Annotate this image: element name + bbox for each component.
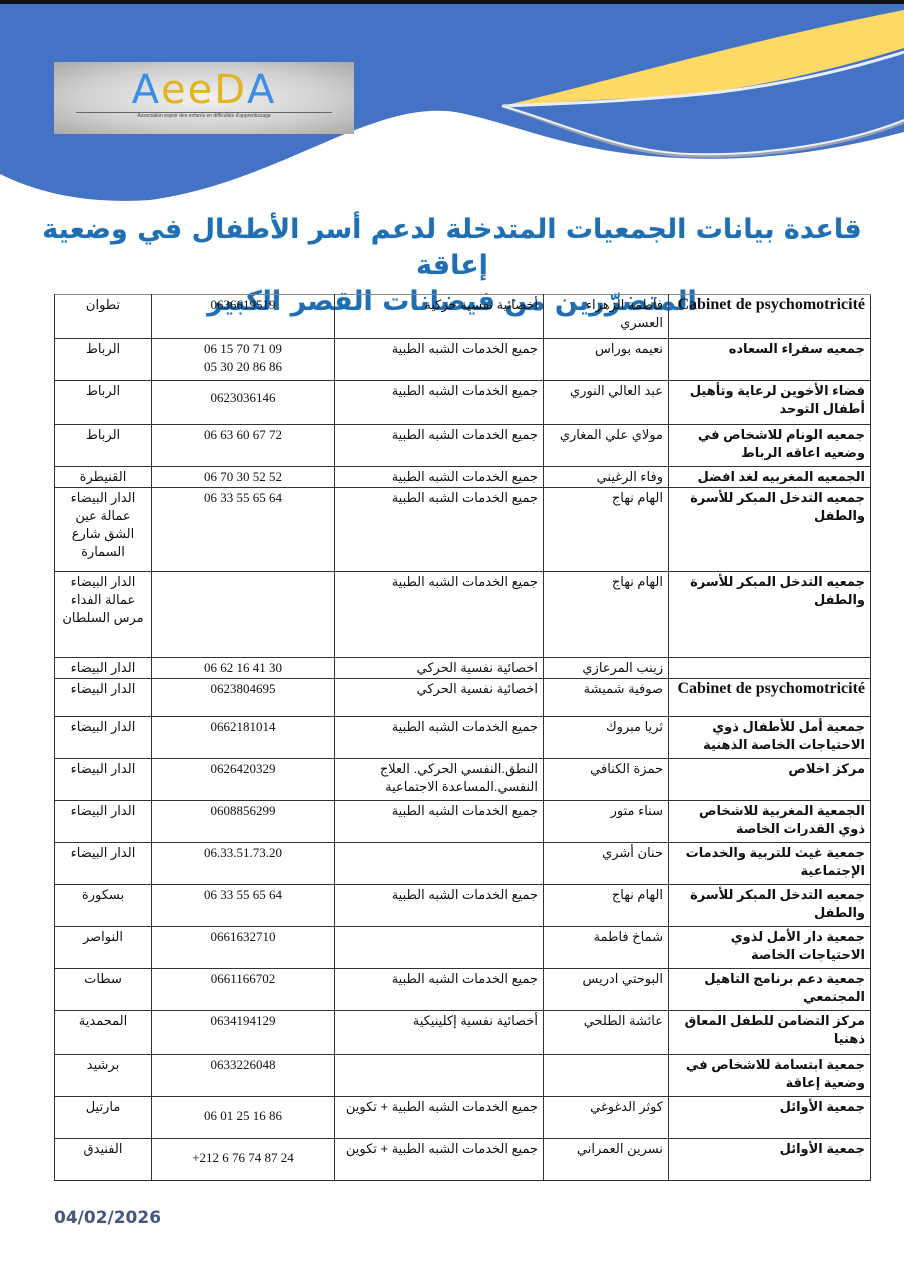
city-cell: الفنيدق	[55, 1139, 152, 1181]
association-name-cell: جمعيه التدخل المبكر للأسرة والطفل	[669, 488, 871, 572]
phone-cell: 06 01 25 16 86	[152, 1097, 335, 1139]
association-name-cell: جمعيه سفراء السعاده	[669, 339, 871, 381]
contact-person-cell: البوحتي ادريس	[544, 969, 669, 1011]
table-row: جمعيه التدخل المبكر للأسرة والطفلالهام ن…	[55, 885, 871, 927]
services-cell: جميع الخدمات الشبه الطبية	[335, 381, 544, 425]
phone-cell: 06.33.51.73.20	[152, 843, 335, 885]
services-cell: النطق.النفسي الحركي. العلاج النفسي.المسا…	[335, 759, 544, 801]
city-cell: النواصر	[55, 927, 152, 969]
association-name-cell: جمعيه الونام للاشخاص في وضعيه اعاقه الرب…	[669, 425, 871, 467]
services-cell: جميع الخدمات الشبه الطبية + تكوين	[335, 1139, 544, 1181]
phone-cell: 06 62 16 41 30	[152, 658, 335, 679]
services-cell: اخصائية نفسية الحركي	[335, 658, 544, 679]
association-name-cell: Cabinet de psychomotricité	[669, 679, 871, 717]
table-row: مركز اخلاصحمزة الكنافيالنطق.النفسي الحرك…	[55, 759, 871, 801]
table-row: الجمعية المغربية للاشخاص ذوي القدرات الخ…	[55, 801, 871, 843]
associations-table: Cabinet de psychomotricitéفاطمة الزهراء …	[54, 294, 871, 1181]
contact-person-cell: حمزة الكنافي	[544, 759, 669, 801]
contact-person-cell: عبد العالي النوري	[544, 381, 669, 425]
contact-person-cell: حنان أشري	[544, 843, 669, 885]
city-cell: الدار البيضاء	[55, 679, 152, 717]
contact-person-cell: سناء متور	[544, 801, 669, 843]
contact-person-cell: كوثر الدغوغي	[544, 1097, 669, 1139]
logo-wordmark: AeeDA	[74, 68, 334, 112]
table-row: Cabinet de psychomotricitéصوفية شميشةاخص…	[55, 679, 871, 717]
city-cell: بسكورة	[55, 885, 152, 927]
phone-cell: 0633226048	[152, 1055, 335, 1097]
services-cell: جميع الخدمات الشبه الطبية	[335, 885, 544, 927]
phone-cell: +212 6 76 74 87 24	[152, 1139, 335, 1181]
association-name-cell: فضاء الأخوين لرعاية وتأهيل أطفال التوحد	[669, 381, 871, 425]
table-row: جمعية أمل للأطفال ذوي الاحتياجات الخاصة …	[55, 717, 871, 759]
phone-cell: 06 33 55 65 64	[152, 488, 335, 572]
city-cell: سطات	[55, 969, 152, 1011]
phone-cell: 0623804695	[152, 679, 335, 717]
table-row: جمعيه الونام للاشخاص في وضعيه اعاقه الرب…	[55, 425, 871, 467]
city-cell: مارتيل	[55, 1097, 152, 1139]
association-name-cell: جمعية الأوائل	[669, 1097, 871, 1139]
contact-person-cell: نعيمه بوراس	[544, 339, 669, 381]
association-name-cell: جمعية ابتسامة للاشخاص في وضعية إعاقة	[669, 1055, 871, 1097]
services-cell: جميع الخدمات الشبه الطبية	[335, 339, 544, 381]
phone-cell: 0661166702	[152, 969, 335, 1011]
phone-cell: 06 33 55 65 64	[152, 885, 335, 927]
city-cell: الدار البيضاء	[55, 717, 152, 759]
association-name-cell: Cabinet de psychomotricité	[669, 295, 871, 339]
services-cell: جميع الخدمات الشبه الطبية	[335, 572, 544, 658]
contact-person-cell: الهام نهاج	[544, 885, 669, 927]
city-cell: الدار البيضاء عمالة الفداء مرس السلطان	[55, 572, 152, 658]
city-cell: الدار البيضاء	[55, 843, 152, 885]
association-name-cell	[669, 658, 871, 679]
city-cell: القنيطرة	[55, 467, 152, 488]
phone-cell: 0661632710	[152, 927, 335, 969]
services-cell: جميع الخدمات الشبه الطبية	[335, 969, 544, 1011]
table-row: جمعيه التدخل المبكر للأسرة والطفلالهام ن…	[55, 488, 871, 572]
association-name-cell: جمعية الأوائل	[669, 1139, 871, 1181]
document-date: 04/02/2026	[54, 1208, 161, 1228]
table-row: جمعية ابتسامة للاشخاص في وضعية إعاقة0633…	[55, 1055, 871, 1097]
table-row: جمعية الأوائلكوثر الدغوغيجميع الخدمات ال…	[55, 1097, 871, 1139]
contact-person-cell: نسرين العمراني	[544, 1139, 669, 1181]
phone-cell	[152, 572, 335, 658]
association-name-cell: جمعية دعم برنامج التاهيل المجتمعي	[669, 969, 871, 1011]
association-name-cell: مركز اخلاص	[669, 759, 871, 801]
association-name-cell: الجمعيه المغربيه لغد افضل	[669, 467, 871, 488]
table-row: جمعيه التدخل المبكر للأسرة والطفلالهام ن…	[55, 572, 871, 658]
services-cell	[335, 927, 544, 969]
services-cell: أخصائية نفسية حركية	[335, 295, 544, 339]
table-row: جمعية دار الأمل لذوي الاحتياجات الخاصةشم…	[55, 927, 871, 969]
contact-person-cell: صوفية شميشة	[544, 679, 669, 717]
table-row: جمعية الأوائلنسرين العمرانيجميع الخدمات …	[55, 1139, 871, 1181]
contact-person-cell: مولاي علي المغاري	[544, 425, 669, 467]
services-cell: جميع الخدمات الشبه الطبية	[335, 801, 544, 843]
services-cell	[335, 1055, 544, 1097]
services-cell	[335, 843, 544, 885]
table-row: Cabinet de psychomotricitéفاطمة الزهراء …	[55, 295, 871, 339]
city-cell: الدار البيضاء	[55, 658, 152, 679]
table-row: فضاء الأخوين لرعاية وتأهيل أطفال التوحدع…	[55, 381, 871, 425]
services-cell: جميع الخدمات الشبه الطبية	[335, 425, 544, 467]
phone-cell: 06 63 60 67 72	[152, 425, 335, 467]
city-cell: الدار البيضاء	[55, 801, 152, 843]
table-row: جمعية غيث للتربية والخدمات الإجتماعيةحنا…	[55, 843, 871, 885]
services-cell: جميع الخدمات الشبه الطبية	[335, 467, 544, 488]
services-cell: أخصائية نفسية إكلينيكية	[335, 1011, 544, 1055]
association-name-cell: جمعية دار الأمل لذوي الاحتياجات الخاصة	[669, 927, 871, 969]
phone-cell: 06 15 70 71 0905 30 20 86 86	[152, 339, 335, 381]
city-cell: تطوان	[55, 295, 152, 339]
contact-person-cell: شماخ فاطمة	[544, 927, 669, 969]
city-cell: الدار البيضاء عمالة عين الشق شارع السمار…	[55, 488, 152, 572]
contact-person-cell: وفاء الرغيني	[544, 467, 669, 488]
contact-person-cell: ثريا مبروك	[544, 717, 669, 759]
services-cell: جميع الخدمات الشبه الطبية	[335, 488, 544, 572]
title-line-1: قاعدة بيانات الجمعيات المتدخلة لدعم أسر …	[40, 212, 864, 284]
city-cell: الرباط	[55, 425, 152, 467]
services-cell: جميع الخدمات الشبه الطبية + تكوين	[335, 1097, 544, 1139]
contact-person-cell: الهام نهاج	[544, 488, 669, 572]
services-cell: اخصائية نفسية الحركي	[335, 679, 544, 717]
phone-cell: 0636619519	[152, 295, 335, 339]
table-row: زينب المرعازياخصائية نفسية الحركي06 62 1…	[55, 658, 871, 679]
association-name-cell: مركز التضامن للطفل المعاق ذهنيا	[669, 1011, 871, 1055]
city-cell: الرباط	[55, 339, 152, 381]
phone-cell: 0623036146	[152, 381, 335, 425]
table-row: جمعية دعم برنامج التاهيل المجتمعيالبوحتي…	[55, 969, 871, 1011]
services-cell: جميع الخدمات الشبه الطبية	[335, 717, 544, 759]
phone-cell: 0662181014	[152, 717, 335, 759]
contact-person-cell: الهام نهاج	[544, 572, 669, 658]
contact-person-cell: زينب المرعازي	[544, 658, 669, 679]
association-name-cell: جمعيه التدخل المبكر للأسرة والطفل	[669, 885, 871, 927]
city-cell: المحمدية	[55, 1011, 152, 1055]
phone-cell: 0608856299	[152, 801, 335, 843]
association-name-cell: جمعية أمل للأطفال ذوي الاحتياجات الخاصة …	[669, 717, 871, 759]
city-cell: الرباط	[55, 381, 152, 425]
contact-person-cell: فاطمة الزهراء العسري	[544, 295, 669, 339]
association-name-cell: جمعيه التدخل المبكر للأسرة والطفل	[669, 572, 871, 658]
phone-cell: 06 70 30 52 52	[152, 467, 335, 488]
table-row: جمعيه سفراء السعادهنعيمه بوراسجميع الخدم…	[55, 339, 871, 381]
city-cell: برشيد	[55, 1055, 152, 1097]
association-name-cell: جمعية غيث للتربية والخدمات الإجتماعية	[669, 843, 871, 885]
table-row: مركز التضامن للطفل المعاق ذهنياعائشة الط…	[55, 1011, 871, 1055]
phone-cell: 0634194129	[152, 1011, 335, 1055]
association-name-cell: الجمعية المغربية للاشخاص ذوي القدرات الخ…	[669, 801, 871, 843]
table-row: الجمعيه المغربيه لغد افضلوفاء الرغينيجمي…	[55, 467, 871, 488]
city-cell: الدار البيضاء	[55, 759, 152, 801]
contact-person-cell: عائشة الطلحي	[544, 1011, 669, 1055]
aseda-logo: AeeDA Association espoir des enfants en …	[54, 62, 354, 134]
contact-person-cell	[544, 1055, 669, 1097]
logo-tagline: Association espoir des enfants en diffic…	[76, 112, 332, 120]
phone-cell: 0626420329	[152, 759, 335, 801]
